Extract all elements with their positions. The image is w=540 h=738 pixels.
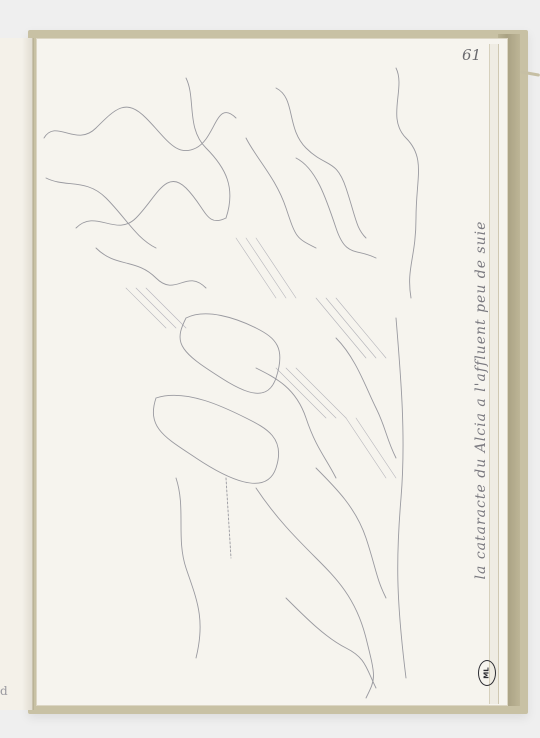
collection-stamp: ML [478,660,496,686]
sketchbook-scan: d 61 la cataract [0,0,540,738]
stamp-text: ML [483,667,491,678]
caption-text: la cataracte du Alcia a l'affluent peu d… [473,221,489,580]
page-number: 61 [462,46,481,64]
handwritten-caption: la cataracte du Alcia a l'affluent peu d… [470,190,492,610]
gutter-shadow [22,38,34,710]
left-page-mark: d [0,684,8,698]
pencil-landscape-sketch [36,38,506,704]
